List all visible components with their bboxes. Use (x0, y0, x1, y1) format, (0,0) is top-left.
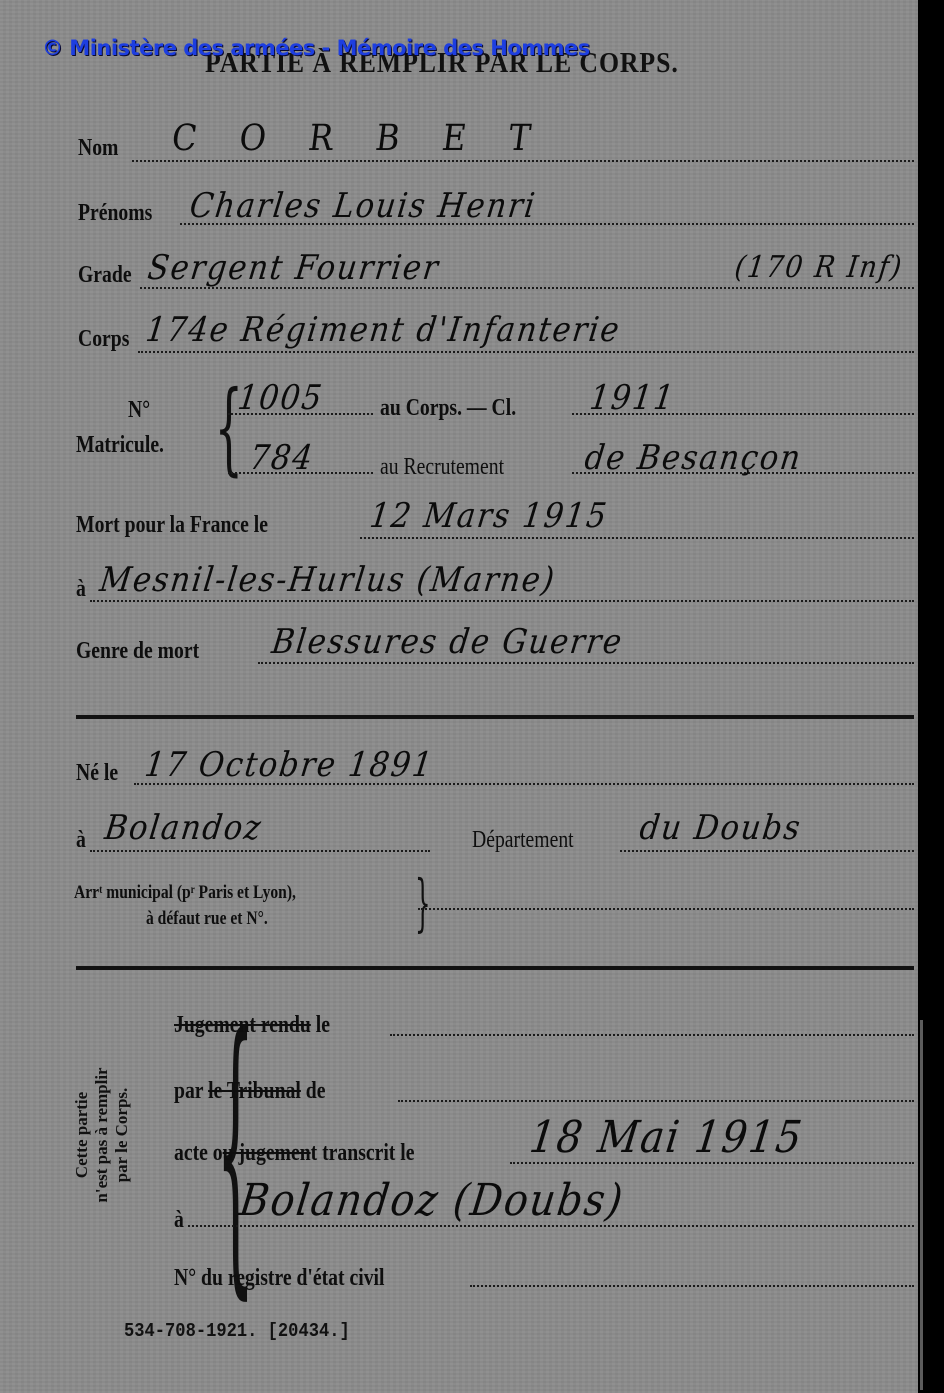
scan-edge (920, 1020, 923, 1390)
genre-mort-value: Blessures de Guerre (269, 622, 625, 662)
mort-lieu-value: Mesnil-les-Hurlus (Marne) (97, 560, 558, 600)
transcription-label: acte ou jugement transcrit le (174, 1140, 414, 1167)
departement-value: du Doubs (637, 808, 803, 848)
mort-date-value: 12 Mars 1915 (367, 496, 610, 536)
nom-label: Nom (78, 135, 118, 162)
arrondissement-line (418, 908, 914, 910)
section-divider (76, 715, 914, 719)
nom-value: C O R B E T (169, 118, 549, 159)
recrutement-number-value: 784 (247, 438, 316, 478)
corps-label: Corps (78, 326, 129, 353)
naissance-date-label: Né le (76, 760, 118, 787)
prenoms-value: Charles Louis Henri (187, 186, 538, 226)
recrutement-place-value: de Besançon (582, 438, 804, 478)
corps-number-label: au Corps. — Cl. (380, 395, 516, 422)
corps-value: 174e Régiment d'Infanterie (143, 310, 622, 350)
grade-note: (170 R Inf) (733, 250, 905, 285)
naissance-lieu-label: à (76, 827, 86, 854)
prenoms-label: Prénoms (78, 200, 152, 227)
mort-date-line (360, 537, 914, 539)
corps-line (138, 351, 914, 353)
section-divider-2 (76, 966, 914, 970)
arrondissement-label-line1: Arrᵗ municipal (pʳ Paris et Lyon), (74, 882, 296, 904)
matricule-label-line1: N° (128, 397, 150, 424)
lieu-value: Bolandoz (Doubs) (237, 1175, 627, 1226)
naissance-date-value: 17 Octobre 1891 (142, 745, 436, 785)
corps-number-value: 1005 (235, 378, 325, 418)
tribunal-line (398, 1100, 914, 1102)
grade-value: Sergent Fourrier (145, 248, 441, 288)
registre-label: N° du registre d'état civil (174, 1265, 384, 1292)
copyright-watermark: © Ministère des armées - Mémoire des Hom… (42, 36, 590, 60)
jugement-line (390, 1034, 914, 1036)
departement-line (620, 850, 914, 852)
mort-lieu-line (90, 600, 914, 602)
jugement-label: Jugement rendu le (174, 1012, 330, 1039)
genre-mort-label: Genre de mort (76, 638, 199, 665)
naissance-lieu-value: Bolandoz (102, 808, 264, 848)
matricule-label-line2: Matricule. (76, 432, 164, 459)
recrutement-label: au Recrutement (380, 454, 504, 481)
nom-line (132, 160, 914, 162)
naissance-lieu-line (90, 850, 430, 852)
mort-date-label: Mort pour la France le (76, 512, 268, 539)
grade-label: Grade (78, 262, 132, 289)
transcription-value: 18 Mai 1915 (527, 1112, 806, 1163)
classe-value: 1911 (587, 378, 677, 418)
arrondissement-brace: } (415, 872, 431, 934)
genre-mort-line (258, 662, 914, 664)
registre-line (470, 1285, 914, 1287)
mort-lieu-label: à (76, 576, 86, 603)
lieu-label: à (174, 1207, 184, 1234)
death-record-card: PARTIE À REMPLIR PAR LE CORPS. Nom C O R… (0, 0, 918, 1393)
civil-side-note: Cette partie n'est pas à remplir par le … (72, 1020, 132, 1250)
departement-label: Département (472, 827, 574, 854)
arrondissement-label-line2: à défaut rue et N°. (146, 908, 268, 930)
form-reference-code: 534-708-1921. [20434.] (124, 1320, 350, 1342)
tribunal-label: par le Tribunal de (174, 1078, 325, 1105)
